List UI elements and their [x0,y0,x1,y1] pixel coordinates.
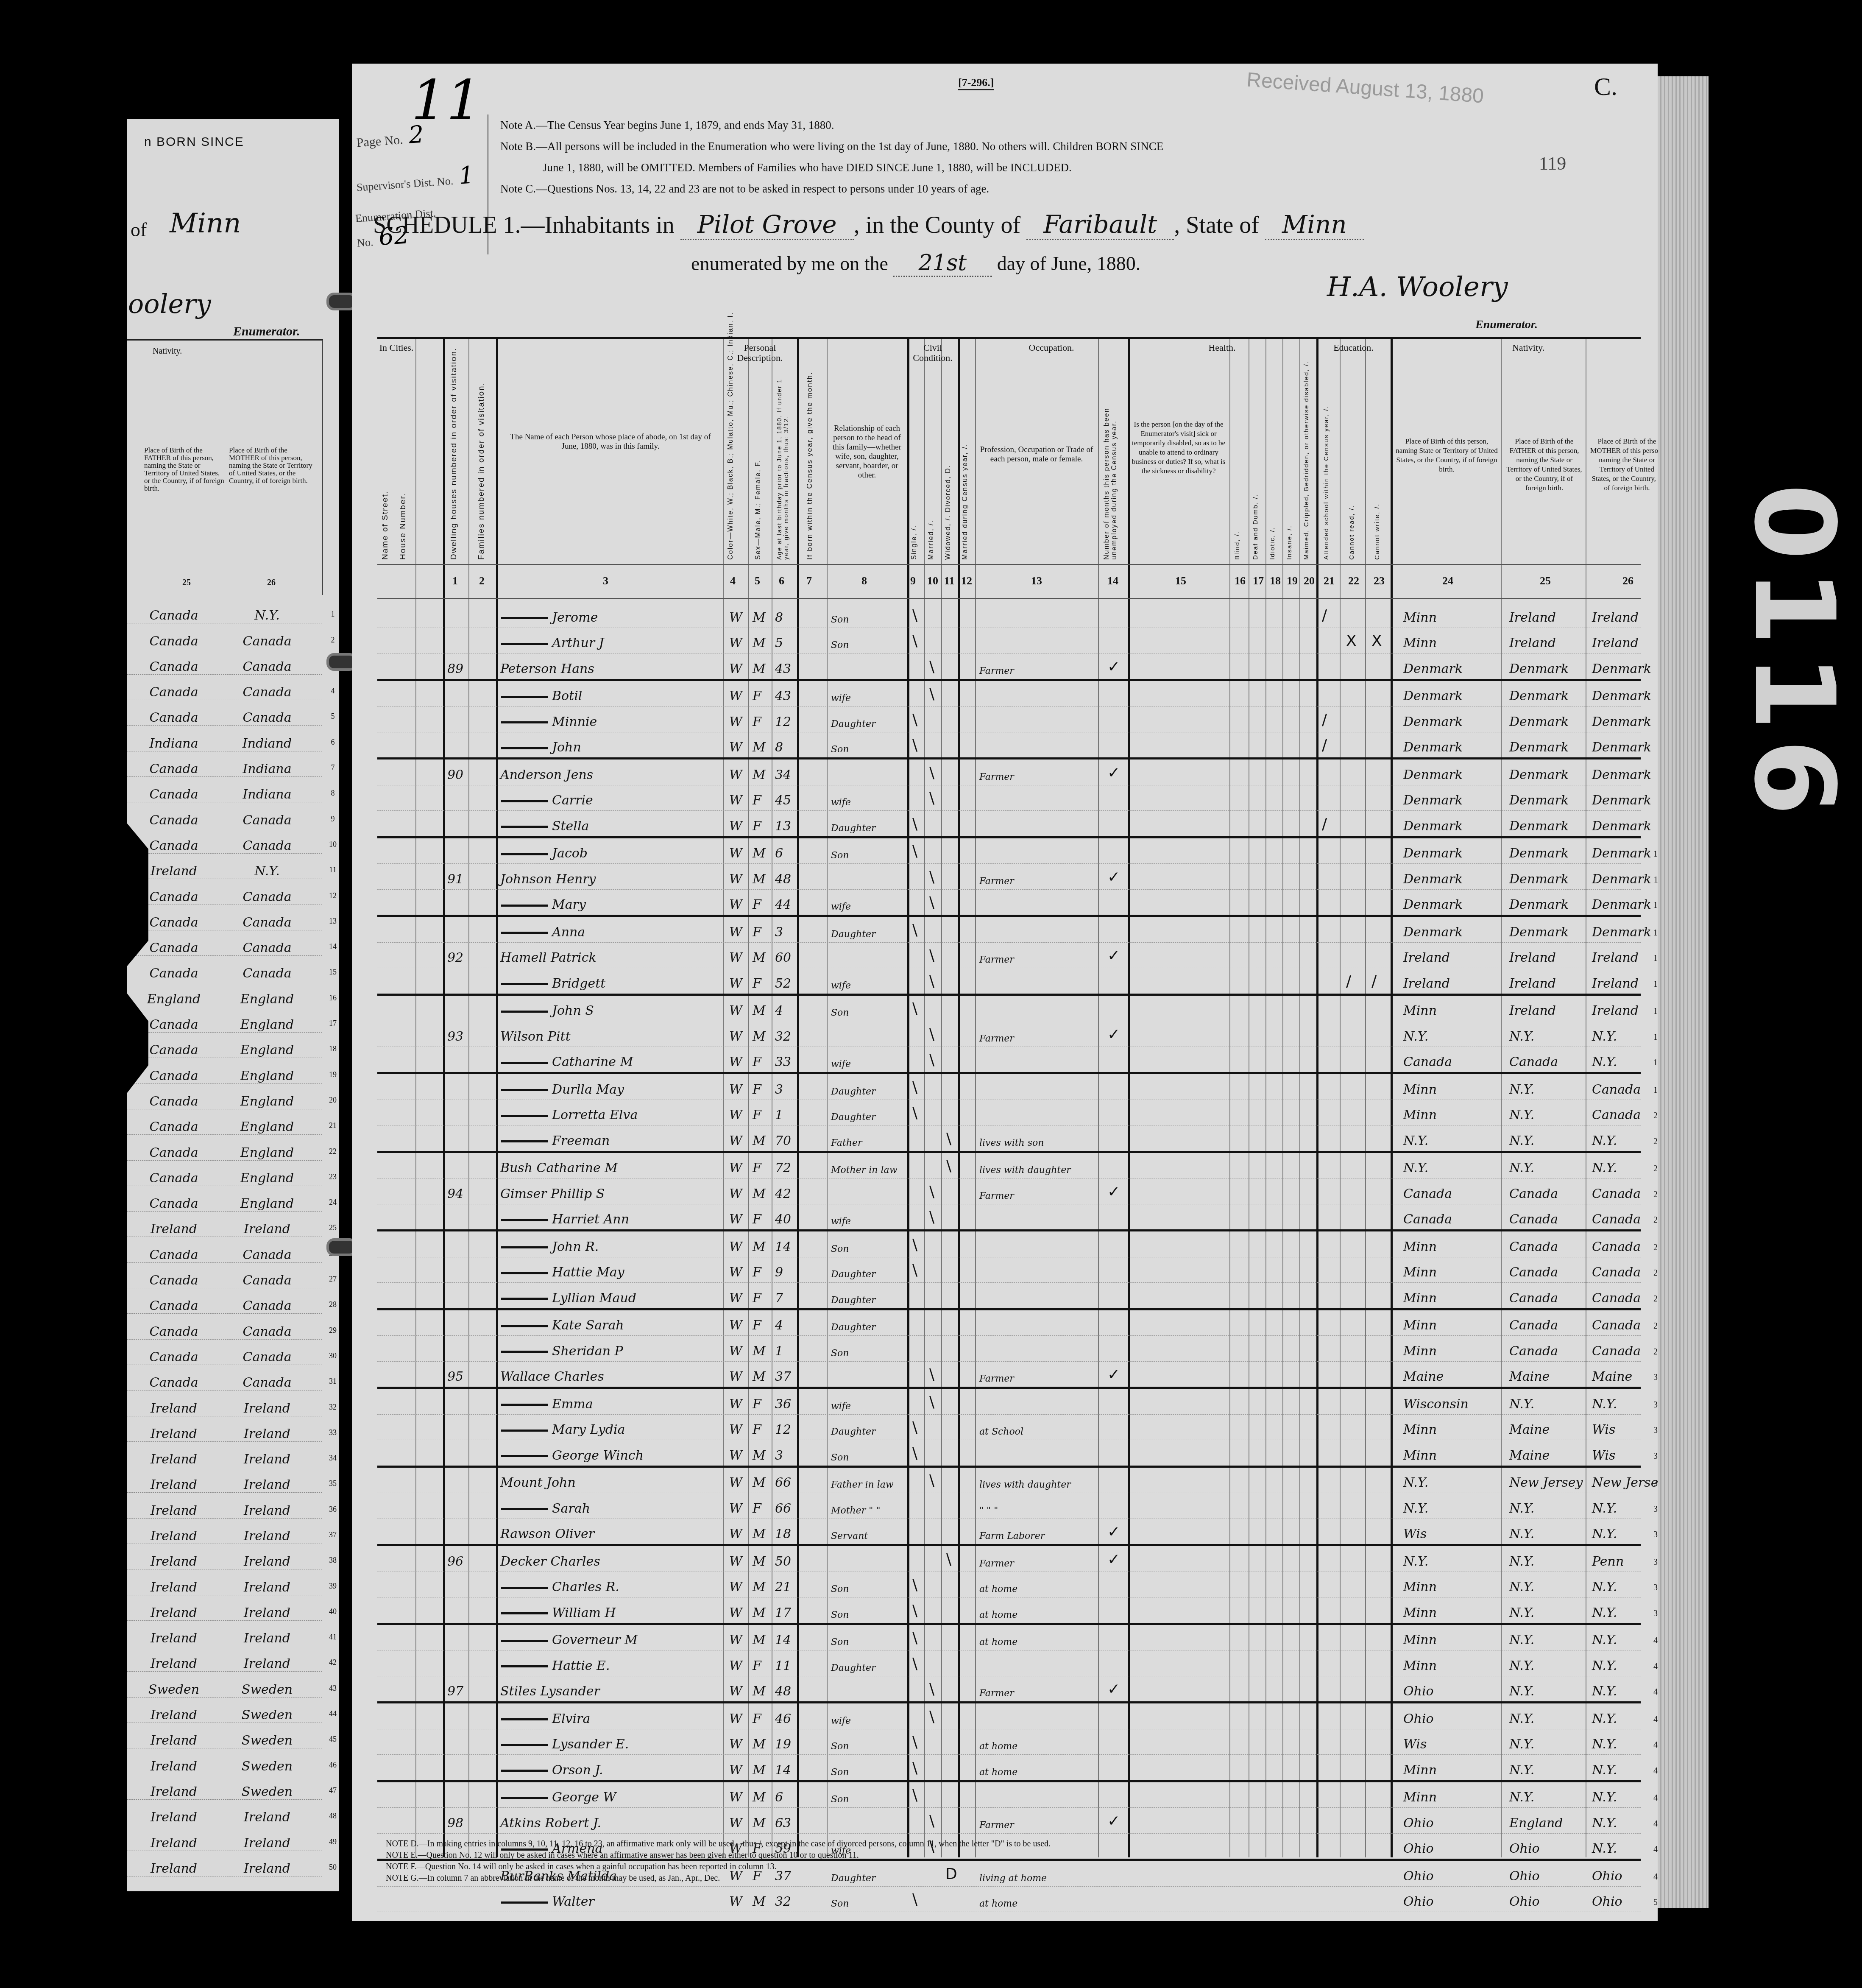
header-col14: Number of months this person has been un… [1103,365,1122,560]
header-notes: Note A.—The Census Year begins June 1, 1… [500,114,1475,199]
dwelling-number: 94 [447,1187,463,1201]
mother-birthplace: N.Y. [1592,1055,1617,1069]
father-birthplace: N.Y. [1509,1108,1534,1122]
father-birthplace: Ireland [1509,636,1556,651]
mother-birthplace: Ireland [220,1836,314,1851]
age: 48 [775,1684,791,1699]
left-page-row: CanadaCanada12 [127,879,322,905]
birthplace: Ohio [1403,1684,1434,1699]
left-page-row: CanadaCanada31 [127,1365,322,1390]
relationship: Daughter [831,1322,876,1333]
color: W [729,1003,742,1018]
mother-birthplace: Indiand [220,736,314,751]
relationship: Son [831,1767,849,1778]
person-name-text: Gimser Phillip S [500,1187,605,1201]
father-birthplace: Canada [127,608,220,623]
table-row: George WinchWM3Son\MinnMaineWis33 [377,1440,1641,1468]
mother-birthplace: Ireland [220,1222,314,1237]
mother-birthplace: Canada [220,966,314,981]
birthplace: Denmark [1403,819,1463,834]
mother-birthplace: Canada [220,1248,314,1262]
header-col10: Married, /. [928,492,935,560]
left-page-header-fragment: n BORN SINCE [144,135,244,149]
surname-ditto-dash [501,1430,548,1432]
mother-birthplace: Canada [220,1273,314,1288]
birthplace: Minn [1403,636,1437,651]
mother-birthplace: England [220,1171,314,1186]
sex: M [753,1475,766,1490]
age: 70 [775,1134,791,1148]
age: 43 [775,662,791,676]
header-col20: Maimed, Crippled, Bedridden, or otherwis… [1303,369,1310,560]
person-name-text: Lorretta Elva [552,1108,638,1122]
note-b-line2: June 1, 1880, will be OMITTED. Members o… [500,157,1475,178]
column-number: 2 [479,575,485,587]
line-number: 20 [326,1096,339,1105]
father-birthplace: Canada [127,762,220,776]
relationship: Daughter [831,719,876,729]
person-name: Anderson Jens [500,768,593,782]
left-page-rows: CanadaN.Y.1CanadaCanada2CanadaCanada3Can… [127,598,322,1876]
birthplace: N.Y. [1403,1554,1428,1569]
person-name: Atkins Robert J. [500,1816,601,1831]
person-name: George W [501,1790,616,1805]
surname-ditto-dash [501,1901,548,1904]
left-page-row: IrelandIreland40 [127,1595,322,1621]
birthplace: Minn [1403,1763,1437,1778]
schedule-title: SCHEDULE 1.—Inhabitants in Pilot Grove, … [373,210,1364,240]
enumeration-date-line: enumerated by me on the 21st day of June… [691,250,1140,277]
father-birthplace: Canada [127,710,220,725]
person-name: Orson J. [501,1763,603,1778]
birthplace: Wis [1403,1527,1427,1541]
surname-ditto-dash [501,1011,548,1013]
age: 11 [775,1659,791,1673]
civil-condition-mark: \ [929,868,934,886]
person-name-text: Walter [552,1894,594,1909]
civil-condition-mark: \ [929,658,934,676]
header-col5: Sex—Male, M.; Female, F. [755,403,762,560]
age: 32 [775,1029,791,1044]
person-name: Carrie [501,793,593,808]
left-page-row: CanadaEngland18 [127,1033,322,1058]
person-name-text: Bridgett [552,976,605,991]
father-birthplace: N.Y. [1509,1684,1534,1699]
column-number: 17 [1253,575,1264,587]
person-name: Governeur M [501,1633,638,1647]
relationship: Daughter [831,1112,876,1122]
civil-condition-mark: \ [929,973,934,990]
civil-condition-mark: \ [912,1655,917,1672]
table-rows: JeromeWM8Son\/MinnIrelandIreland1Arthur … [377,602,1641,1912]
father-birthplace: Ireland [1509,950,1556,965]
father-birthplace: Denmark [1509,715,1569,729]
column-number: 4 [730,575,736,587]
birthplace: Minn [1403,1580,1437,1594]
line-number: 47 [326,1786,339,1795]
surname-ditto-dash [501,1797,548,1799]
father-birthplace: Canada [127,1324,220,1339]
sex: F [753,819,761,834]
person-name: Sarah [501,1501,590,1516]
line-number: 30 [326,1351,339,1360]
form-number: [7-296.] [958,76,994,90]
left-page-row: CanadaEngland17 [127,1007,322,1033]
age: 46 [775,1712,791,1726]
birthplace: Minn [1403,1003,1437,1018]
left-page-row: CanadaEngland19 [127,1058,322,1083]
age: 48 [775,872,791,887]
left-page-row: CanadaCanada29 [127,1314,322,1339]
sex: F [753,1082,761,1097]
father-birthplace: Indiana [127,736,220,751]
left-page-row: IndianaIndiand6 [127,726,322,751]
table-row: John R.WM14Son\MinnCanadaCanada25 [377,1231,1641,1257]
county-label: , in the County of [854,212,1021,238]
header-col23: Cannot write, /. [1374,483,1381,560]
sex: F [753,793,761,808]
person-name-text: Anderson Jens [500,768,593,782]
surname-ditto-dash [501,696,548,698]
mother-birthplace: Canada [220,890,314,905]
age: 12 [775,1422,791,1437]
left-col26-header: Place of Birth of the MOTHER of this per… [229,447,314,485]
table-row: BotilWF43wife\DenmarkDenmarkDenmark4 [377,681,1641,707]
left-page-row: CanadaCanada9 [127,802,322,828]
column-number: 16 [1235,575,1246,587]
age: 50 [775,1554,791,1569]
mother-birthplace: Canada [220,710,314,725]
enumerator-label: Enumerator. [1475,318,1538,332]
person-name-text: Johnson Henry [500,872,596,887]
unemployed-mark: ✓ [1107,1551,1120,1568]
sex: M [753,1003,766,1018]
color: W [729,1212,742,1227]
page-no-label: Page No. [356,133,404,150]
color: W [729,1659,742,1673]
birthplace: Minn [1403,1265,1437,1280]
occupation: lives with daughter [979,1480,1071,1490]
person-name: Elvira [501,1712,590,1726]
column-number: 26 [1622,575,1633,587]
line-number: 8 [326,789,339,798]
age: 66 [775,1501,791,1516]
relationship: Daughter [831,1663,876,1673]
age: 72 [775,1161,791,1175]
person-name: Botil [501,689,582,704]
person-name-text: Botil [552,689,582,704]
person-name: Decker Charles [500,1554,600,1569]
birthplace: Minn [1403,610,1437,625]
color: W [729,740,742,755]
left-col25-header: Place of Birth of the FATHER of this per… [144,447,225,492]
person-name-text: George W [552,1790,616,1805]
sex: F [753,1501,761,1516]
father-birthplace: N.Y. [1509,1134,1534,1148]
left-page-row: IrelandSweden46 [127,1748,322,1774]
header-rule [377,564,1641,565]
sex: F [753,1422,761,1437]
table-row: Hattie E.WF11Daughter\MinnN.Y.N.Y.41 [377,1650,1641,1676]
civil-condition-mark: \ [929,1472,934,1489]
civil-condition-mark: \ [912,607,917,624]
person-name: William H [501,1605,616,1620]
age: 66 [775,1475,791,1490]
color: W [729,793,742,808]
birthplace: N.Y. [1403,1161,1428,1175]
age: 36 [775,1397,791,1412]
birthplace: Denmark [1403,872,1463,887]
father-birthplace: Ireland [127,1605,220,1620]
mother-birthplace: Denmark [1592,846,1651,861]
mother-birthplace: England [220,1069,314,1083]
surname-ditto-dash [501,1640,548,1642]
relationship: wife [831,980,851,991]
column-number: 9 [910,575,916,587]
line-number: 24 [326,1198,339,1207]
color: W [729,1397,742,1412]
dwelling-number: 97 [447,1684,463,1699]
person-name-text: Rawson Oliver [500,1527,594,1541]
person-name: Walter [501,1894,594,1909]
mother-birthplace: Ireland [220,1605,314,1620]
dwelling-number: 93 [447,1029,463,1044]
left-page-row: CanadaCanada13 [127,905,322,930]
line-number: 39 [326,1582,339,1591]
person-name-text: Carrie [552,793,593,808]
line-number: 49 [326,1837,339,1846]
header-col18: Idiotic, /. [1269,505,1276,560]
father-birthplace: Ireland [127,1477,220,1492]
color: W [729,662,742,676]
surname-ditto-dash [501,1508,548,1510]
left-page-row: SwedenSweden43 [127,1672,322,1697]
mother-birthplace: Ireland [220,1503,314,1518]
relationship: Daughter [831,1269,876,1280]
color: W [729,768,742,782]
surname-ditto-dash [501,1089,548,1091]
line-number: 17 [326,1019,339,1028]
mother-birthplace: Sweden [220,1733,314,1748]
civil-condition-mark: \ [912,1629,917,1647]
person-name: Sheridan P [501,1344,623,1359]
color: W [729,689,742,704]
table-row: StellaWF13Daughter\/DenmarkDenmarkDenmar… [377,811,1641,838]
table-row: 95Wallace CharlesWM37\Farmer✓MaineMaineM… [377,1362,1641,1389]
age: 44 [775,897,791,912]
supervisor-label: Supervisor's Dist. No. [356,175,454,194]
line-number: 9 [326,815,339,824]
mother-birthplace: Ireland [1592,610,1639,625]
father-birthplace: N.Y. [1509,1737,1534,1752]
father-birthplace: N.Y. [1509,1554,1534,1569]
age: 5 [775,636,783,651]
column-number: 20 [1304,575,1315,587]
population-schedule-table: In Cities. Personal Description. Civil C… [377,337,1641,1857]
mother-birthplace: Canada [1592,1187,1641,1201]
birthplace: Minn [1403,1108,1437,1122]
line-number: 4 [326,687,339,695]
mother-birthplace: Ireland [220,1529,314,1544]
color: W [729,1134,742,1148]
line-number: 10 [326,840,339,849]
table-row: EmmaWF36wife\WisconsinN.Y.N.Y.31 [377,1389,1641,1415]
table-row: 97Stiles LysanderWM48\Farmer✓OhioN.Y.N.Y… [377,1676,1641,1704]
sex: F [753,1712,761,1726]
mother-birthplace: N.Y. [1592,1816,1617,1831]
sex: M [753,1344,766,1359]
color: W [729,1448,742,1463]
line-number: 40 [326,1607,339,1616]
father-birthplace: Canada [127,966,220,981]
relationship: Son [831,1008,849,1018]
line-number: 18 [326,1044,339,1053]
color: W [729,636,742,651]
mother-birthplace: Ireland [220,1427,314,1441]
mother-birthplace: Canada [220,941,314,955]
father-birthplace: N.Y. [1509,1763,1534,1778]
person-name: Lorretta Elva [501,1108,638,1122]
father-birthplace: Canada [127,1375,220,1390]
relationship: Son [831,1741,849,1752]
birthplace: Minn [1403,1448,1437,1463]
person-name-text: Stiles Lysander [500,1684,600,1699]
occupation: Farm Laborer [979,1531,1045,1541]
header-col7: If born within the Census year, give the… [806,365,814,560]
left-page-row: IrelandIreland37 [127,1519,322,1544]
column-number: 24 [1442,575,1453,587]
person-name-text: Mary [552,897,586,912]
column-number: 25 [1540,575,1551,587]
mother-birthplace: Denmark [1592,715,1651,729]
person-name: John [501,740,581,755]
civil-condition-mark: \ [946,1551,951,1568]
birthplace: Minn [1403,1659,1437,1673]
line-number: 43 [326,1684,339,1693]
header-col15: Is the person [on the day of the Enumera… [1130,420,1227,476]
table-row: Hattie MayWF9Daughter\MinnCanadaCanada26 [377,1257,1641,1283]
left-page-row: IrelandIreland25 [127,1212,322,1237]
mother-birthplace: Canada [220,915,314,930]
enumerator-signature: H.A. Woolery [1327,271,1508,303]
surname-ditto-dash [501,932,548,934]
color: W [729,1605,742,1620]
header-col26: Place of Birth of the MOTHER of this per… [1590,437,1664,493]
occupation: Farmer [979,1688,1014,1699]
unemployed-mark: ✓ [1107,947,1120,964]
relationship: wife [831,797,851,808]
mother-birthplace: Canada [1592,1291,1641,1306]
table-row: BridgettWF52wife\//IrelandIrelandIreland… [377,968,1641,996]
father-birthplace: Canada [1509,1344,1558,1359]
age: 3 [775,925,783,940]
surname-ditto-dash [501,617,548,619]
color: W [729,819,742,834]
header-col24: Place of Birth of this person, naming St… [1395,437,1499,474]
table-row: AnnaWF3Daughter\DenmarkDenmarkDenmark13 [377,917,1641,943]
father-birthplace: Sweden [127,1682,220,1697]
age: 37 [775,1369,791,1384]
person-name-text: John R. [552,1240,599,1254]
birthplace: Minn [1403,1240,1437,1254]
person-name-text: Sarah [552,1501,590,1516]
mother-birthplace: Denmark [1592,897,1651,912]
group-nativity: Nativity. [1391,343,1666,353]
father-birthplace: Denmark [1509,819,1569,834]
mother-birthplace: Ireland [220,1452,314,1467]
table-row: John SWM4Son\MinnIrelandIreland16 [377,996,1641,1022]
surname-ditto-dash [501,1140,548,1142]
person-name-text: Governeur M [552,1633,638,1647]
left-page-row: CanadaCanada10 [127,828,322,854]
father-birthplace: Canada [1509,1055,1558,1069]
sex: M [753,1134,766,1148]
sex: F [753,1212,761,1227]
left-facing-page: n BORN SINCE of Minn oolery Enumerator. … [127,119,339,1891]
left-col25-number: 25 [182,578,191,588]
line-number: 14 [326,942,339,951]
column-number: 8 [861,575,867,587]
dwelling-number: 92 [447,950,463,965]
person-name: Bush Catharine M [500,1161,618,1175]
color: W [729,1554,742,1569]
color: W [729,1712,742,1726]
mother-birthplace: N.Y. [1592,1527,1617,1541]
birthplace: Minn [1403,1344,1437,1359]
person-name-text: Anna [552,925,585,940]
father-birthplace: Ireland [1509,976,1556,991]
birthplace: N.Y. [1403,1134,1428,1148]
person-name-text: Kate Sarah [552,1318,624,1333]
left-page-column-header: Nativity. Place of Birth of the FATHER o… [127,339,323,595]
civil-condition-mark: \ [929,685,934,703]
cannot-read-mark: X [1346,632,1357,650]
surname-ditto-dash [501,1404,548,1406]
mother-birthplace: Denmark [1592,872,1651,887]
occupation: Farmer [979,955,1014,965]
table-row: Charles R.WM21Son\at homeMinnN.Y.N.Y.38 [377,1572,1641,1598]
person-name: Minnie [501,715,597,729]
table-row: 98Atkins Robert J.WM63\Farmer✓OhioEnglan… [377,1808,1641,1834]
age: 8 [775,610,783,625]
line-number: 44 [326,1709,339,1718]
left-page-row: CanadaCanada15 [127,956,322,981]
person-name-text: Durlla May [552,1082,624,1097]
person-name-text: Bush Catharine M [500,1161,618,1175]
father-birthplace: N.Y. [1509,1605,1534,1620]
line-number: 13 [326,917,339,926]
father-birthplace: Canada [127,659,220,674]
mother-birthplace: Canada [1592,1212,1641,1227]
person-name: Anna [501,925,585,940]
line-number: 7 [326,763,339,772]
father-birthplace: N.Y. [1509,1161,1534,1175]
age: 4 [775,1318,783,1333]
person-name: Harriet Ann [501,1212,629,1227]
age: 18 [775,1527,791,1541]
line-number: 15 [326,968,339,977]
mother-birthplace: Sweden [220,1759,314,1774]
civil-condition-mark: \ [929,1393,934,1411]
color: W [729,1240,742,1254]
father-birthplace: Canada [1509,1291,1558,1306]
person-name: Catharine M [501,1055,633,1069]
group-in-cities: In Cities. [377,343,415,353]
note-e: NOTE E.—Question No. 12 will only be ask… [386,1850,1615,1861]
birthplace: Minn [1403,1790,1437,1805]
line-number: 1 [326,610,339,619]
person-name-text: Catharine M [552,1055,633,1069]
